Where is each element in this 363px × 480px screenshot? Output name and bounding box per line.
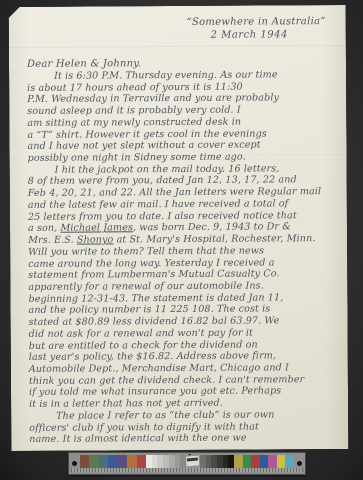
letter-text: last year's policy, the $16.82. Address … <box>29 351 276 364</box>
letter-text: officers' club if you wish to dignify it… <box>29 421 259 433</box>
letter-date: 2 March 1944 <box>187 29 326 41</box>
letter-text: Automobile Dept., Merchandise Mart, Chic… <box>29 362 289 375</box>
color-calibration-bar <box>68 452 306 475</box>
letter-text: stated at $80.89 less dividend 16.82 bal… <box>29 315 280 328</box>
paper-fold-crease-top <box>9 43 346 48</box>
letter-paper: “Somewhere in Australia” 2 March 1944 De… <box>9 5 349 451</box>
calibration-dot-left <box>72 461 77 466</box>
letter-text: I hit the jackpot on the mail today. 16 … <box>55 163 280 175</box>
letter-text: , was born Dec. 9, 1943 to Dr & <box>133 222 291 234</box>
letter-line: name. It is almost identical with the on… <box>29 432 340 446</box>
letter-text: and the policy number is 11 225 108. The… <box>28 304 270 316</box>
color-patch <box>108 455 117 468</box>
letter-text: am sitting at my newly constructed desk … <box>27 116 241 128</box>
patch-row <box>80 455 294 468</box>
underlined-text: Shonyo <box>77 234 114 245</box>
color-patch <box>99 455 108 468</box>
letter-text: Mrs. E.S. <box>28 235 77 246</box>
color-patch <box>285 455 294 468</box>
letter-text: it is in a letter that has not yet arriv… <box>29 398 223 410</box>
color-patch <box>260 455 269 468</box>
color-patch <box>234 455 243 468</box>
letter-place: “Somewhere in Australia” <box>186 16 325 28</box>
letter-text: but are entitled to a check for the divi… <box>29 339 258 351</box>
calibration-label <box>186 455 200 466</box>
color-patch <box>89 455 98 468</box>
letter-text: name. It is almost identical with the on… <box>29 433 246 445</box>
label-zone <box>186 455 200 468</box>
letter-text: a son, <box>28 223 61 234</box>
letter-text: 25 letters from you to date. I also rece… <box>28 210 297 223</box>
calibration-dot-right <box>297 461 302 466</box>
color-patch <box>243 455 252 468</box>
letter-text: Feb 4, 20, 21, and 22. All the Jan lette… <box>28 186 321 199</box>
scan-background: “Somewhere in Australia” 2 March 1944 De… <box>0 0 363 480</box>
letter-text: possibly one night in Sidney some time a… <box>28 152 246 164</box>
letter-line: Feb 4, 20, 21, and 22. All the Jan lette… <box>28 186 339 200</box>
letter-header: “Somewhere in Australia” 2 March 1944 <box>186 16 325 41</box>
right-color-patches <box>234 455 294 468</box>
letter-text: did not ask for a renewal and won't pay … <box>29 327 253 339</box>
letter-text: beginning 12-31-43. The statement is dat… <box>28 292 283 305</box>
left-color-patches <box>80 455 146 468</box>
color-patch <box>137 455 146 468</box>
letter-text: and I have not yet slept without a cover… <box>27 140 260 152</box>
letter-text: apparently for a renewal of our automobi… <box>28 280 264 292</box>
letter-text: is about 17 hours ahead of yours it is 1… <box>27 81 243 93</box>
letter-text: sound asleep and it is probably very col… <box>27 105 241 117</box>
letter-text: think you can get the dividend check. I … <box>29 374 304 387</box>
gray-wedge-patches <box>146 455 186 468</box>
letter-text: Will you write to them? Tell them that t… <box>28 245 264 257</box>
color-patch <box>268 455 277 468</box>
letter-text: if you told me what insurance you got et… <box>29 386 281 399</box>
letter-text: The place I refer to as “the club” is ou… <box>56 409 274 421</box>
letter-text: came around the long way. Yesterday I re… <box>28 257 274 270</box>
underlined-text: Michael James <box>60 223 133 234</box>
letter-body: It is 6:30 P.M. Thursday evening. As our… <box>27 69 340 446</box>
dark-wedge-patches <box>200 455 234 468</box>
color-patch <box>127 455 136 468</box>
letter-body-container: Dear Helen & Johnny. It is 6:30 P.M. Thu… <box>27 57 340 446</box>
color-patch <box>251 455 260 468</box>
color-patch <box>118 455 127 468</box>
letter-text: statement from Lumberman's Mutual Casual… <box>28 269 279 282</box>
color-patch <box>277 455 286 468</box>
letter-text: and the latest few air mail. I have rece… <box>28 198 289 211</box>
letter-line: Mrs. E.S. Shonyo at St. Mary's Hospital,… <box>28 233 339 247</box>
letter-text: It is 6:30 P.M. Thursday evening. As our… <box>54 69 278 81</box>
ruler-tick-strip <box>71 468 303 472</box>
letter-text: at St. Mary's Hospital, Rochester, Minn. <box>113 233 315 245</box>
letter-line: 25 letters from you to date. I also rece… <box>28 210 339 224</box>
letter-text: 8 of them were from you, dated Jan 12, 1… <box>28 175 297 188</box>
calibration-label-mark <box>187 458 198 462</box>
letter-text: a “T” shirt. However it gets cool in the… <box>27 128 266 140</box>
letter-line: think you can get the dividend check. I … <box>29 374 340 388</box>
color-patch <box>80 455 89 468</box>
letter-text: P.M. Wednesday in Terraville and you are… <box>27 93 279 106</box>
